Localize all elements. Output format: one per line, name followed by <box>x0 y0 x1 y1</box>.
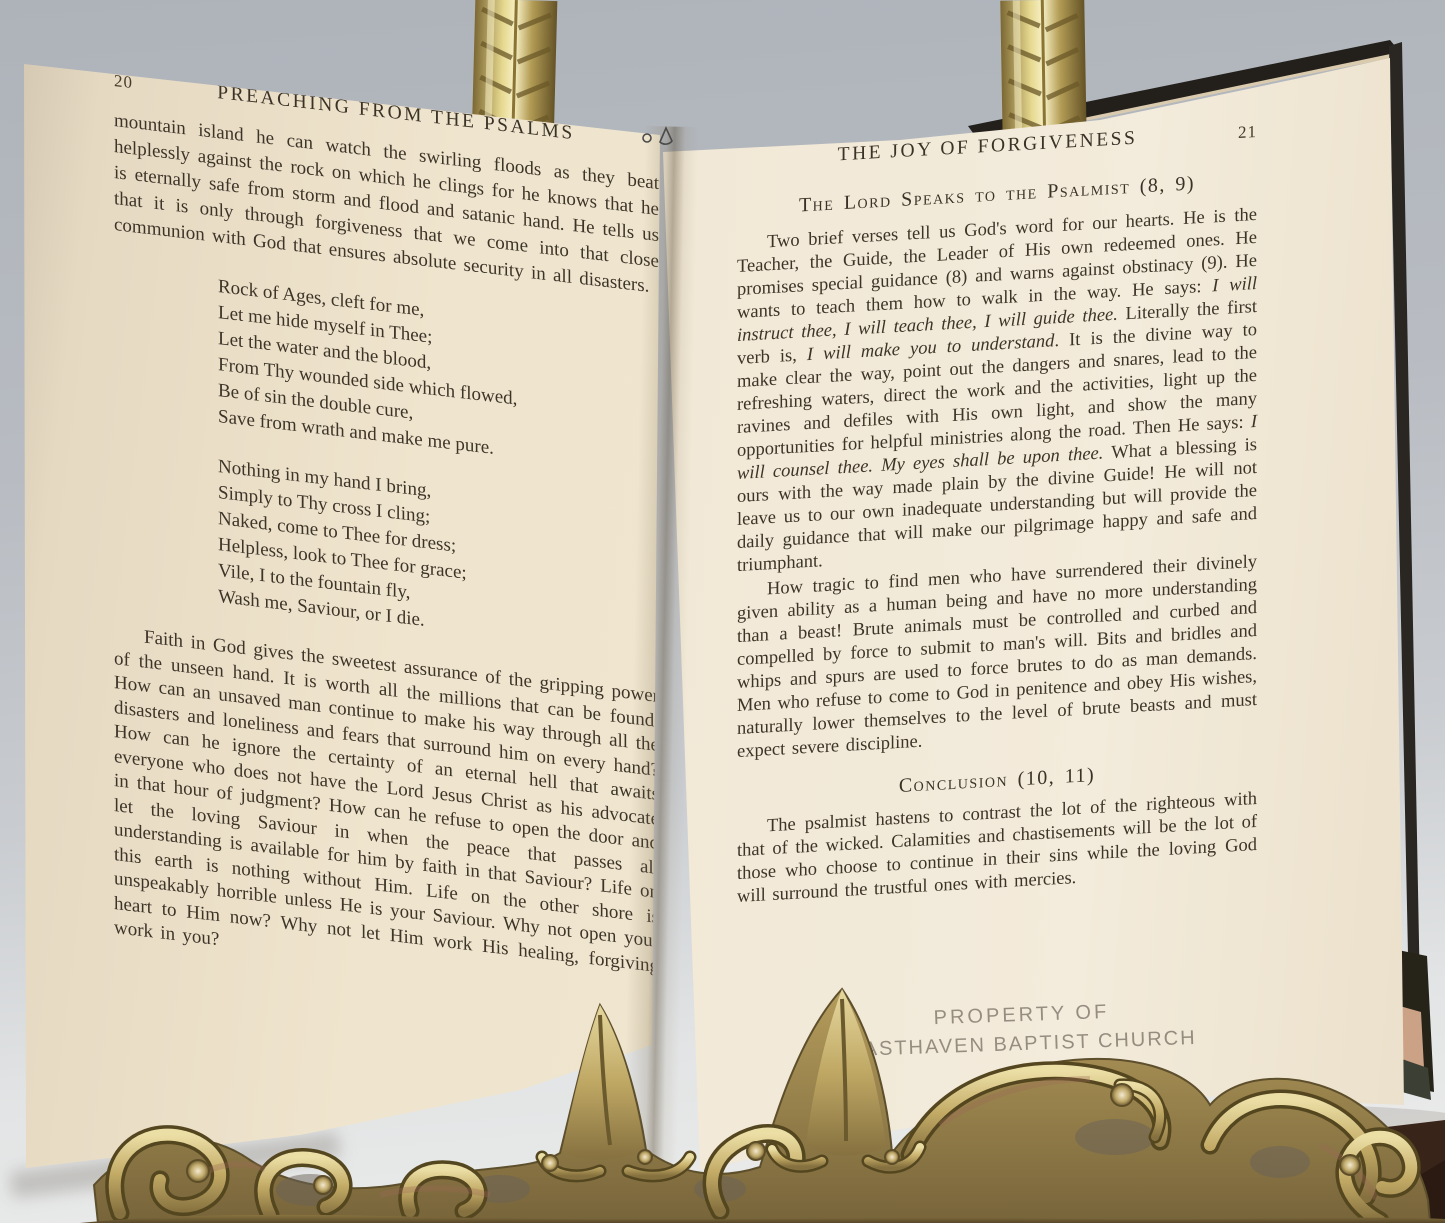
page-number-right: 21 <box>1238 122 1257 143</box>
book-on-easel-photo: 20 PREACHING FROM THE PSALMS mountain is… <box>0 0 1445 1223</box>
body-paragraph: Two brief verses tell us God's word for … <box>737 204 1257 578</box>
hymn-stanza-2: Nothing in my hand I bring,Simply to Thy… <box>218 454 659 661</box>
ink-doodle <box>640 118 676 148</box>
hymn-stanza-1: Rock of Ages, cleft for me,Let me hide m… <box>218 274 659 481</box>
easel-base-scrollwork <box>80 975 1445 1223</box>
right-page-text: THE JOY OF FORGIVENESS 21 The Lord Speak… <box>737 121 1257 909</box>
body-paragraph: Faith in God gives the sweetest assuranc… <box>114 622 659 1004</box>
body-paragraph: How tragic to find men who have surrende… <box>737 551 1257 764</box>
body-paragraph: The psalmist hastens to contrast the lot… <box>737 788 1257 909</box>
left-page-text: 20 PREACHING FROM THE PSALMS mountain is… <box>114 70 659 1004</box>
